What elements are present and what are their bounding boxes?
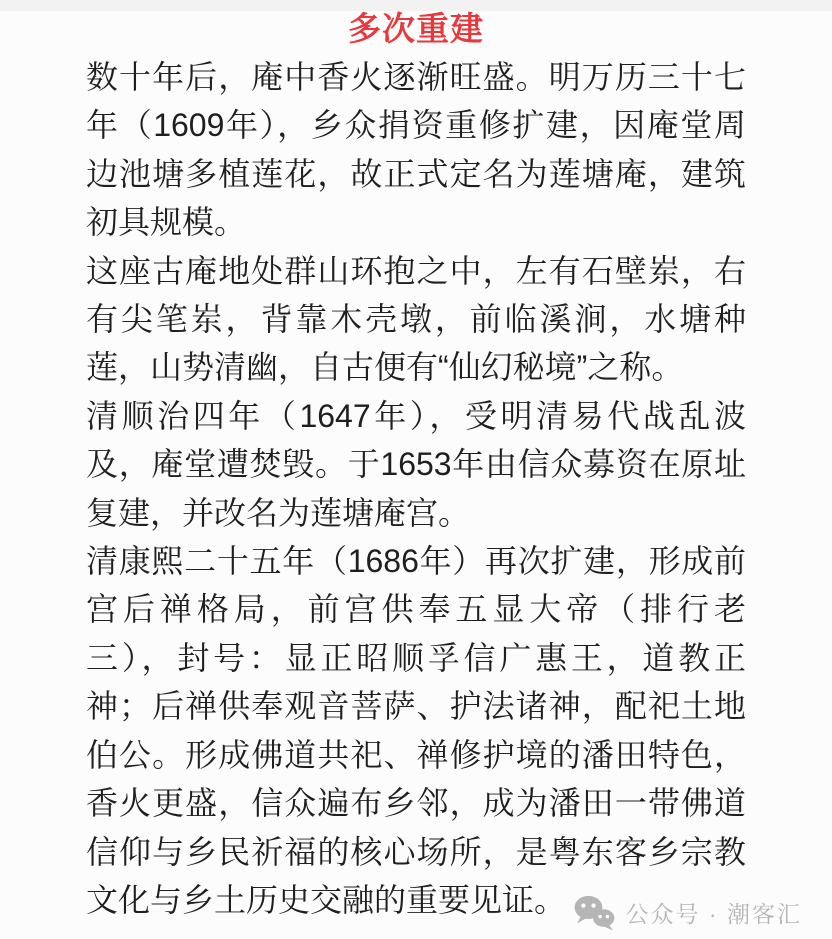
text-line: 初具规模。 [86, 198, 746, 246]
text-line: 清顺治四年（1647年），受明清易代战乱波 [86, 392, 746, 440]
text-line: 年（1609年），乡众捐资重修扩建，因庵堂周 [86, 101, 746, 149]
text-line: 莲，山势清幽，自古便有“仙幻秘境”之称。 [86, 343, 746, 391]
text-line: 伯公。形成佛道共祀、禅修护境的潘田特色， [86, 731, 746, 779]
watermark-text: 公众号 · 潮客汇 [626, 896, 802, 929]
article-body: 数十年后，庵中香火逐渐旺盛。明万历三十七年（1609年），乡众捐资重修扩建，因庵… [86, 53, 746, 924]
paragraph: 数十年后，庵中香火逐渐旺盛。明万历三十七年（1609年），乡众捐资重修扩建，因庵… [86, 53, 746, 247]
article-page: 多次重建 数十年后，庵中香火逐渐旺盛。明万历三十七年（1609年），乡众捐资重修… [0, 0, 832, 939]
watermark: 公众号 · 潮客汇 [571, 894, 802, 931]
text-line: 边池塘多植莲花，故正式定名为莲塘庵，建筑 [86, 150, 746, 198]
text-line: 信仰与乡民祈福的核心场所，是粤东客乡宗教 [86, 828, 746, 876]
paragraph: 清顺治四年（1647年），受明清易代战乱波及，庵堂遭焚毁。于1653年由信众募资… [86, 392, 746, 537]
text-line: 复建，并改名为莲塘庵宫。 [86, 489, 746, 537]
text-line: 清康熙二十五年（1686年）再次扩建，形成前 [86, 537, 746, 585]
text-line: 数十年后，庵中香火逐渐旺盛。明万历三十七 [86, 53, 746, 101]
text-line: 这座古庵地处群山环抱之中，左有石壁岽，右 [86, 247, 746, 295]
text-line: 及，庵堂遭焚毁。于1653年由信众募资在原址 [86, 440, 746, 488]
article-title: 多次重建 [0, 9, 832, 49]
wechat-icon [571, 894, 617, 931]
text-line: 香火更盛，信众遍布乡邻，成为潘田一带佛道 [86, 779, 746, 827]
text-line: 有尖笔岽，背靠木壳墩，前临溪涧，水塘种 [86, 295, 746, 343]
paragraph: 这座古庵地处群山环抱之中，左有石壁岽，右有尖笔岽，背靠木壳墩，前临溪涧，水塘种莲… [86, 247, 746, 392]
text-line: 宫后禅格局，前宫供奉五显大帝（排行老 [86, 585, 746, 633]
text-line: 神；后禅供奉观音菩萨、护法诸神，配祀土地 [86, 682, 746, 730]
text-line: 三），封号：显正昭顺孚信广惠王，道教正 [86, 634, 746, 682]
paragraph: 清康熙二十五年（1686年）再次扩建，形成前宫后禅格局，前宫供奉五显大帝（排行老… [86, 537, 746, 924]
